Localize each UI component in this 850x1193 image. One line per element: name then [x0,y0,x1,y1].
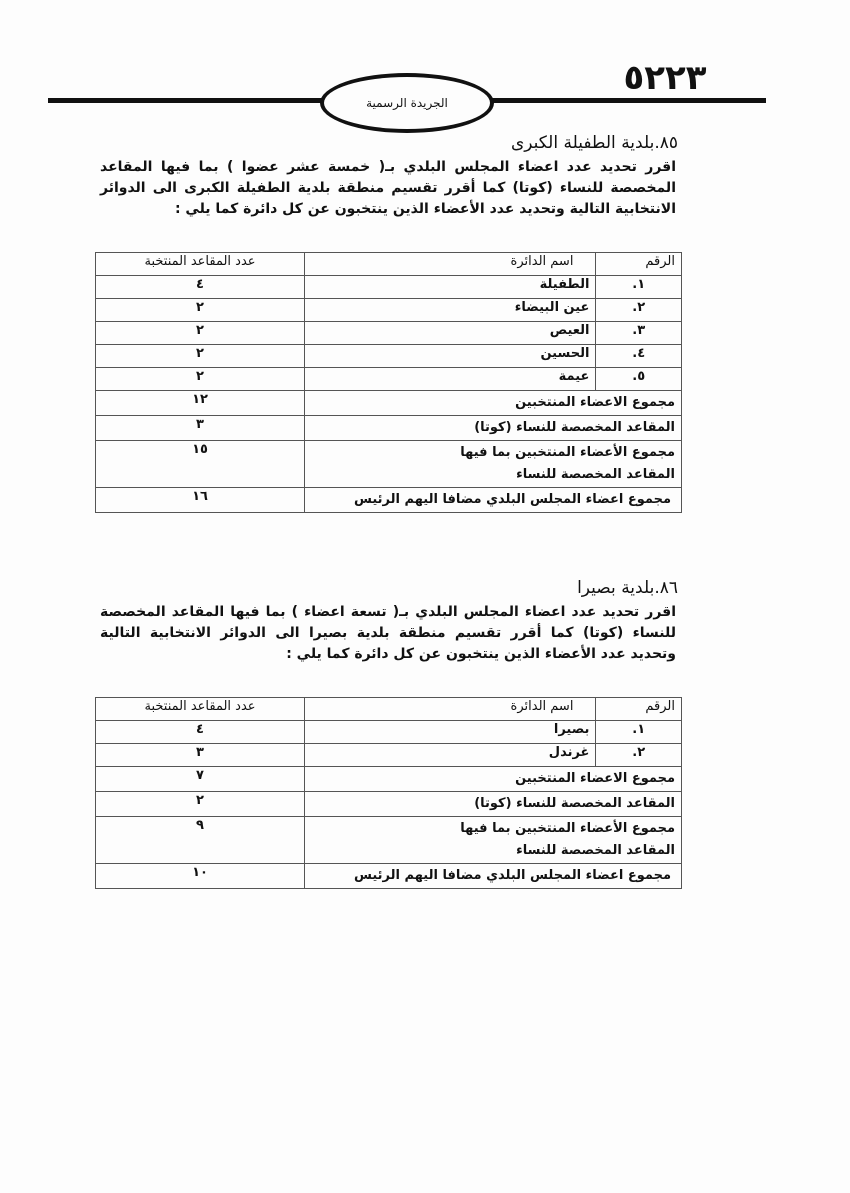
summary-label: المقاعد المخصصة للنساء (كوتا) [305,792,682,817]
summary-row: مجموع اعضاء المجلس البلدي مضافا اليهم ال… [96,488,682,513]
summary-value: ١٦ [96,488,305,513]
section-title-85: ٨٥.بلدية الطفيلة الكبرى [511,133,678,153]
row-seats: ٢ [96,345,305,368]
row-district-name: عيمة [305,368,596,391]
summary-value: ١٢ [96,391,305,416]
header-number: الرقم [596,253,682,276]
table-row: ٤. الحسين ٢ [96,345,682,368]
section-title-86: ٨٦.بلدية بصيرا [577,578,678,598]
table-row: ١. بصيرا ٤ [96,721,682,744]
districts-table-85: الرقم اسم الدائرة عدد المقاعد المنتخبة ١… [95,252,682,513]
gazette-label: الجريدة الرسمية [366,96,448,110]
row-district-name: غرندل [305,744,596,767]
summary-value: ٩ [96,817,305,864]
row-number: ٢. [596,299,682,322]
summary-value: ٢ [96,792,305,817]
summary-row: مجموع اعضاء المجلس البلدي مضافا اليهم ال… [96,864,682,889]
summary-label: مجموع اعضاء المجلس البلدي مضافا اليهم ال… [305,864,682,889]
row-seats: ٢ [96,299,305,322]
header-district-name: اسم الدائرة [305,253,596,276]
summary-label: المقاعد المخصصة للنساء (كوتا) [305,416,682,441]
summary-label: مجموع الأعضاء المنتخبين بما فيها المقاعد… [305,441,682,488]
section-body-85: اقرر تحديد عدد اعضاء المجلس البلدي بـ( خ… [100,157,676,220]
row-district-name: عين البيضاء [305,299,596,322]
summary-row: مجموع الأعضاء المنتخبين بما فيها المقاعد… [96,817,682,864]
table-row: ٥. عيمة ٢ [96,368,682,391]
gazette-emblem: الجريدة الرسمية [320,73,494,133]
page-number: ٥٢٢٣ [620,58,710,98]
summary-label: مجموع اعضاء المجلس البلدي مضافا اليهم ال… [305,488,682,513]
summary-row: المقاعد المخصصة للنساء (كوتا) ٢ [96,792,682,817]
section-body-86: اقرر تحديد عدد اعضاء المجلس البلدي بـ( ت… [100,602,676,665]
districts-table-86: الرقم اسم الدائرة عدد المقاعد المنتخبة ١… [95,697,682,889]
summary-label: مجموع الاعضاء المنتخبين [305,767,682,792]
summary-value: ١٠ [96,864,305,889]
row-number: ٤. [596,345,682,368]
header-seats: عدد المقاعد المنتخبة [96,698,305,721]
table-header-row: الرقم اسم الدائرة عدد المقاعد المنتخبة [96,698,682,721]
row-district-name: الطفيلة [305,276,596,299]
row-district-name: الحسين [305,345,596,368]
summary-value: ١٥ [96,441,305,488]
row-seats: ٢ [96,322,305,345]
table-row: ١. الطفيلة ٤ [96,276,682,299]
summary-row: مجموع الاعضاء المنتخبين ٧ [96,767,682,792]
row-seats: ٢ [96,368,305,391]
row-district-name: بصيرا [305,721,596,744]
row-seats: ٣ [96,744,305,767]
table-row: ٢. غرندل ٣ [96,744,682,767]
row-number: ١. [596,721,682,744]
header-number: الرقم [596,698,682,721]
header-district-name: اسم الدائرة [305,698,596,721]
summary-value: ٣ [96,416,305,441]
summary-row: مجموع الاعضاء المنتخبين ١٢ [96,391,682,416]
row-number: ١. [596,276,682,299]
table-header-row: الرقم اسم الدائرة عدد المقاعد المنتخبة [96,253,682,276]
row-number: ٥. [596,368,682,391]
summary-label: مجموع الأعضاء المنتخبين بما فيها المقاعد… [305,817,682,864]
row-seats: ٤ [96,721,305,744]
summary-row: المقاعد المخصصة للنساء (كوتا) ٣ [96,416,682,441]
row-number: ٢. [596,744,682,767]
header-seats: عدد المقاعد المنتخبة [96,253,305,276]
row-number: ٣. [596,322,682,345]
row-district-name: العيص [305,322,596,345]
row-seats: ٤ [96,276,305,299]
summary-label: مجموع الاعضاء المنتخبين [305,391,682,416]
summary-row: مجموع الأعضاء المنتخبين بما فيها المقاعد… [96,441,682,488]
summary-value: ٧ [96,767,305,792]
table-row: ٣. العيص ٢ [96,322,682,345]
table-row: ٢. عين البيضاء ٢ [96,299,682,322]
